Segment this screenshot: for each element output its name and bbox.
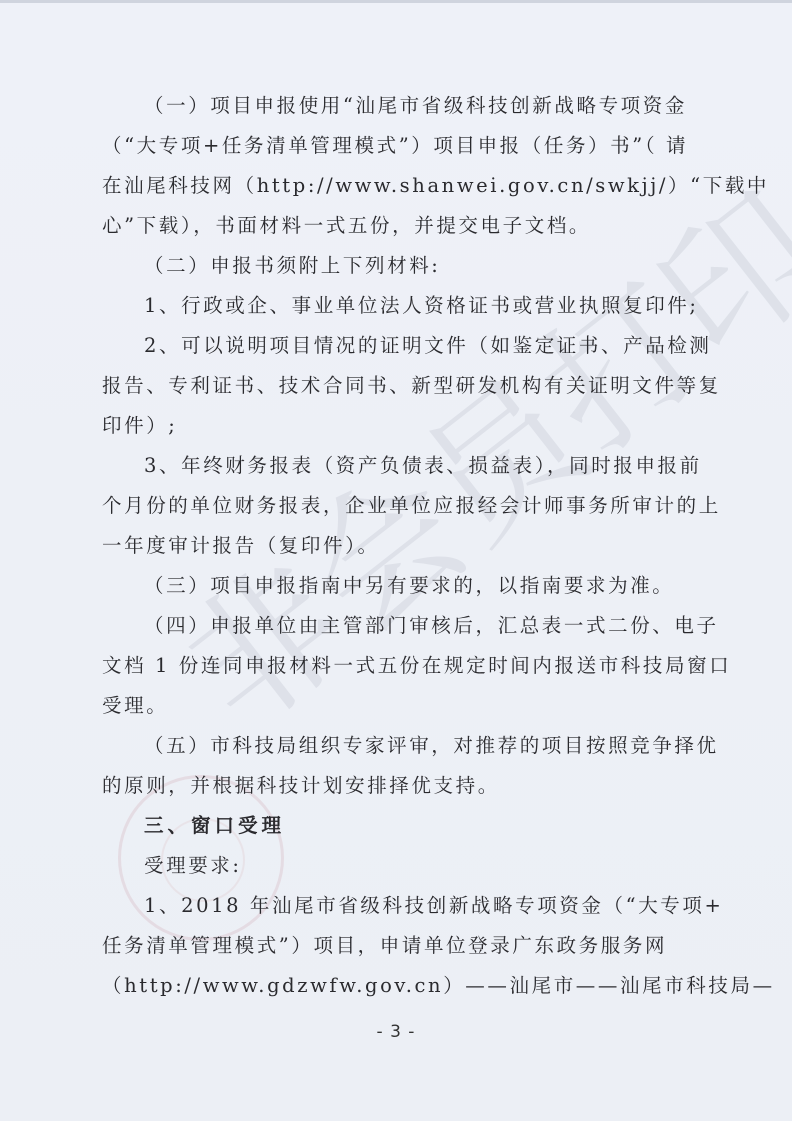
paragraph-line: 文档 1 份连同申报材料一式五份在规定时间内报送市科技局窗口	[102, 646, 694, 686]
paragraph-line: （一）项目申报使用“汕尾市省级科技创新战略专项资金	[102, 86, 694, 126]
paragraph-line-link: （http://www.gdzwfw.gov.cn）——汕尾市——汕尾市科技局—	[102, 966, 694, 1006]
paragraph-line: （五）市科技局组织专家评审，对推荐的项目按照竞争择优	[102, 726, 694, 766]
paragraph-line-link: 在汕尾科技网（http://www.shanwei.gov.cn/swkjj/）…	[102, 166, 694, 206]
paragraph-line: 受理要求:	[102, 846, 694, 886]
page-number: - 3 -	[0, 1022, 792, 1042]
paragraph-line: 一年度审计报告（复印件）。	[102, 526, 694, 566]
list-item: 2、可以说明项目情况的证明文件（如鉴定证书、产品检测	[102, 326, 694, 366]
paragraph-line: 报告、专利证书、技术合同书、新型研发机构有关证明文件等复	[102, 366, 694, 406]
document-body: （一）项目申报使用“汕尾市省级科技创新战略专项资金 （“大专项+任务清单管理模式…	[102, 86, 694, 1006]
paragraph-line: 受理。	[102, 686, 694, 726]
list-item: 1、2018 年汕尾市省级科技创新战略专项资金（“大专项+	[102, 886, 694, 926]
paragraph-line: 印件）;	[102, 406, 694, 446]
paragraph-line: 任务清单管理模式”）项目，申请单位登录广东政务服务网	[102, 926, 694, 966]
document-page: 非会员打印 （一）项目申报使用“汕尾市省级科技创新战略专项资金 （“大专项+任务…	[0, 0, 792, 1121]
paragraph-line: （“大专项+任务清单管理模式”）项目申报（任务）书”（ 请	[102, 126, 694, 166]
list-item: 1、行政或企、事业单位法人资格证书或营业执照复印件;	[102, 286, 694, 326]
paragraph-line: （四）申报单位由主管部门审核后，汇总表一式二份、电子	[102, 606, 694, 646]
paragraph-line: 个月份的单位财务报表，企业单位应报经会计师事务所审计的上	[102, 486, 694, 526]
paragraph-line: （三）项目申报指南中另有要求的，以指南要求为准。	[102, 566, 694, 606]
paragraph-line: 的原则，并根据科技计划安排择优支持。	[102, 766, 694, 806]
section-heading: 三、窗口受理	[102, 806, 694, 846]
page-top-edge	[0, 0, 792, 3]
paragraph-line: 心”下载），书面材料一式五份，并提交电子文档。	[102, 206, 694, 246]
list-item: 3、年终财务报表（资产负债表、损益表），同时报申报前	[102, 446, 694, 486]
paragraph-line: （二）申报书须附上下列材料:	[102, 246, 694, 286]
